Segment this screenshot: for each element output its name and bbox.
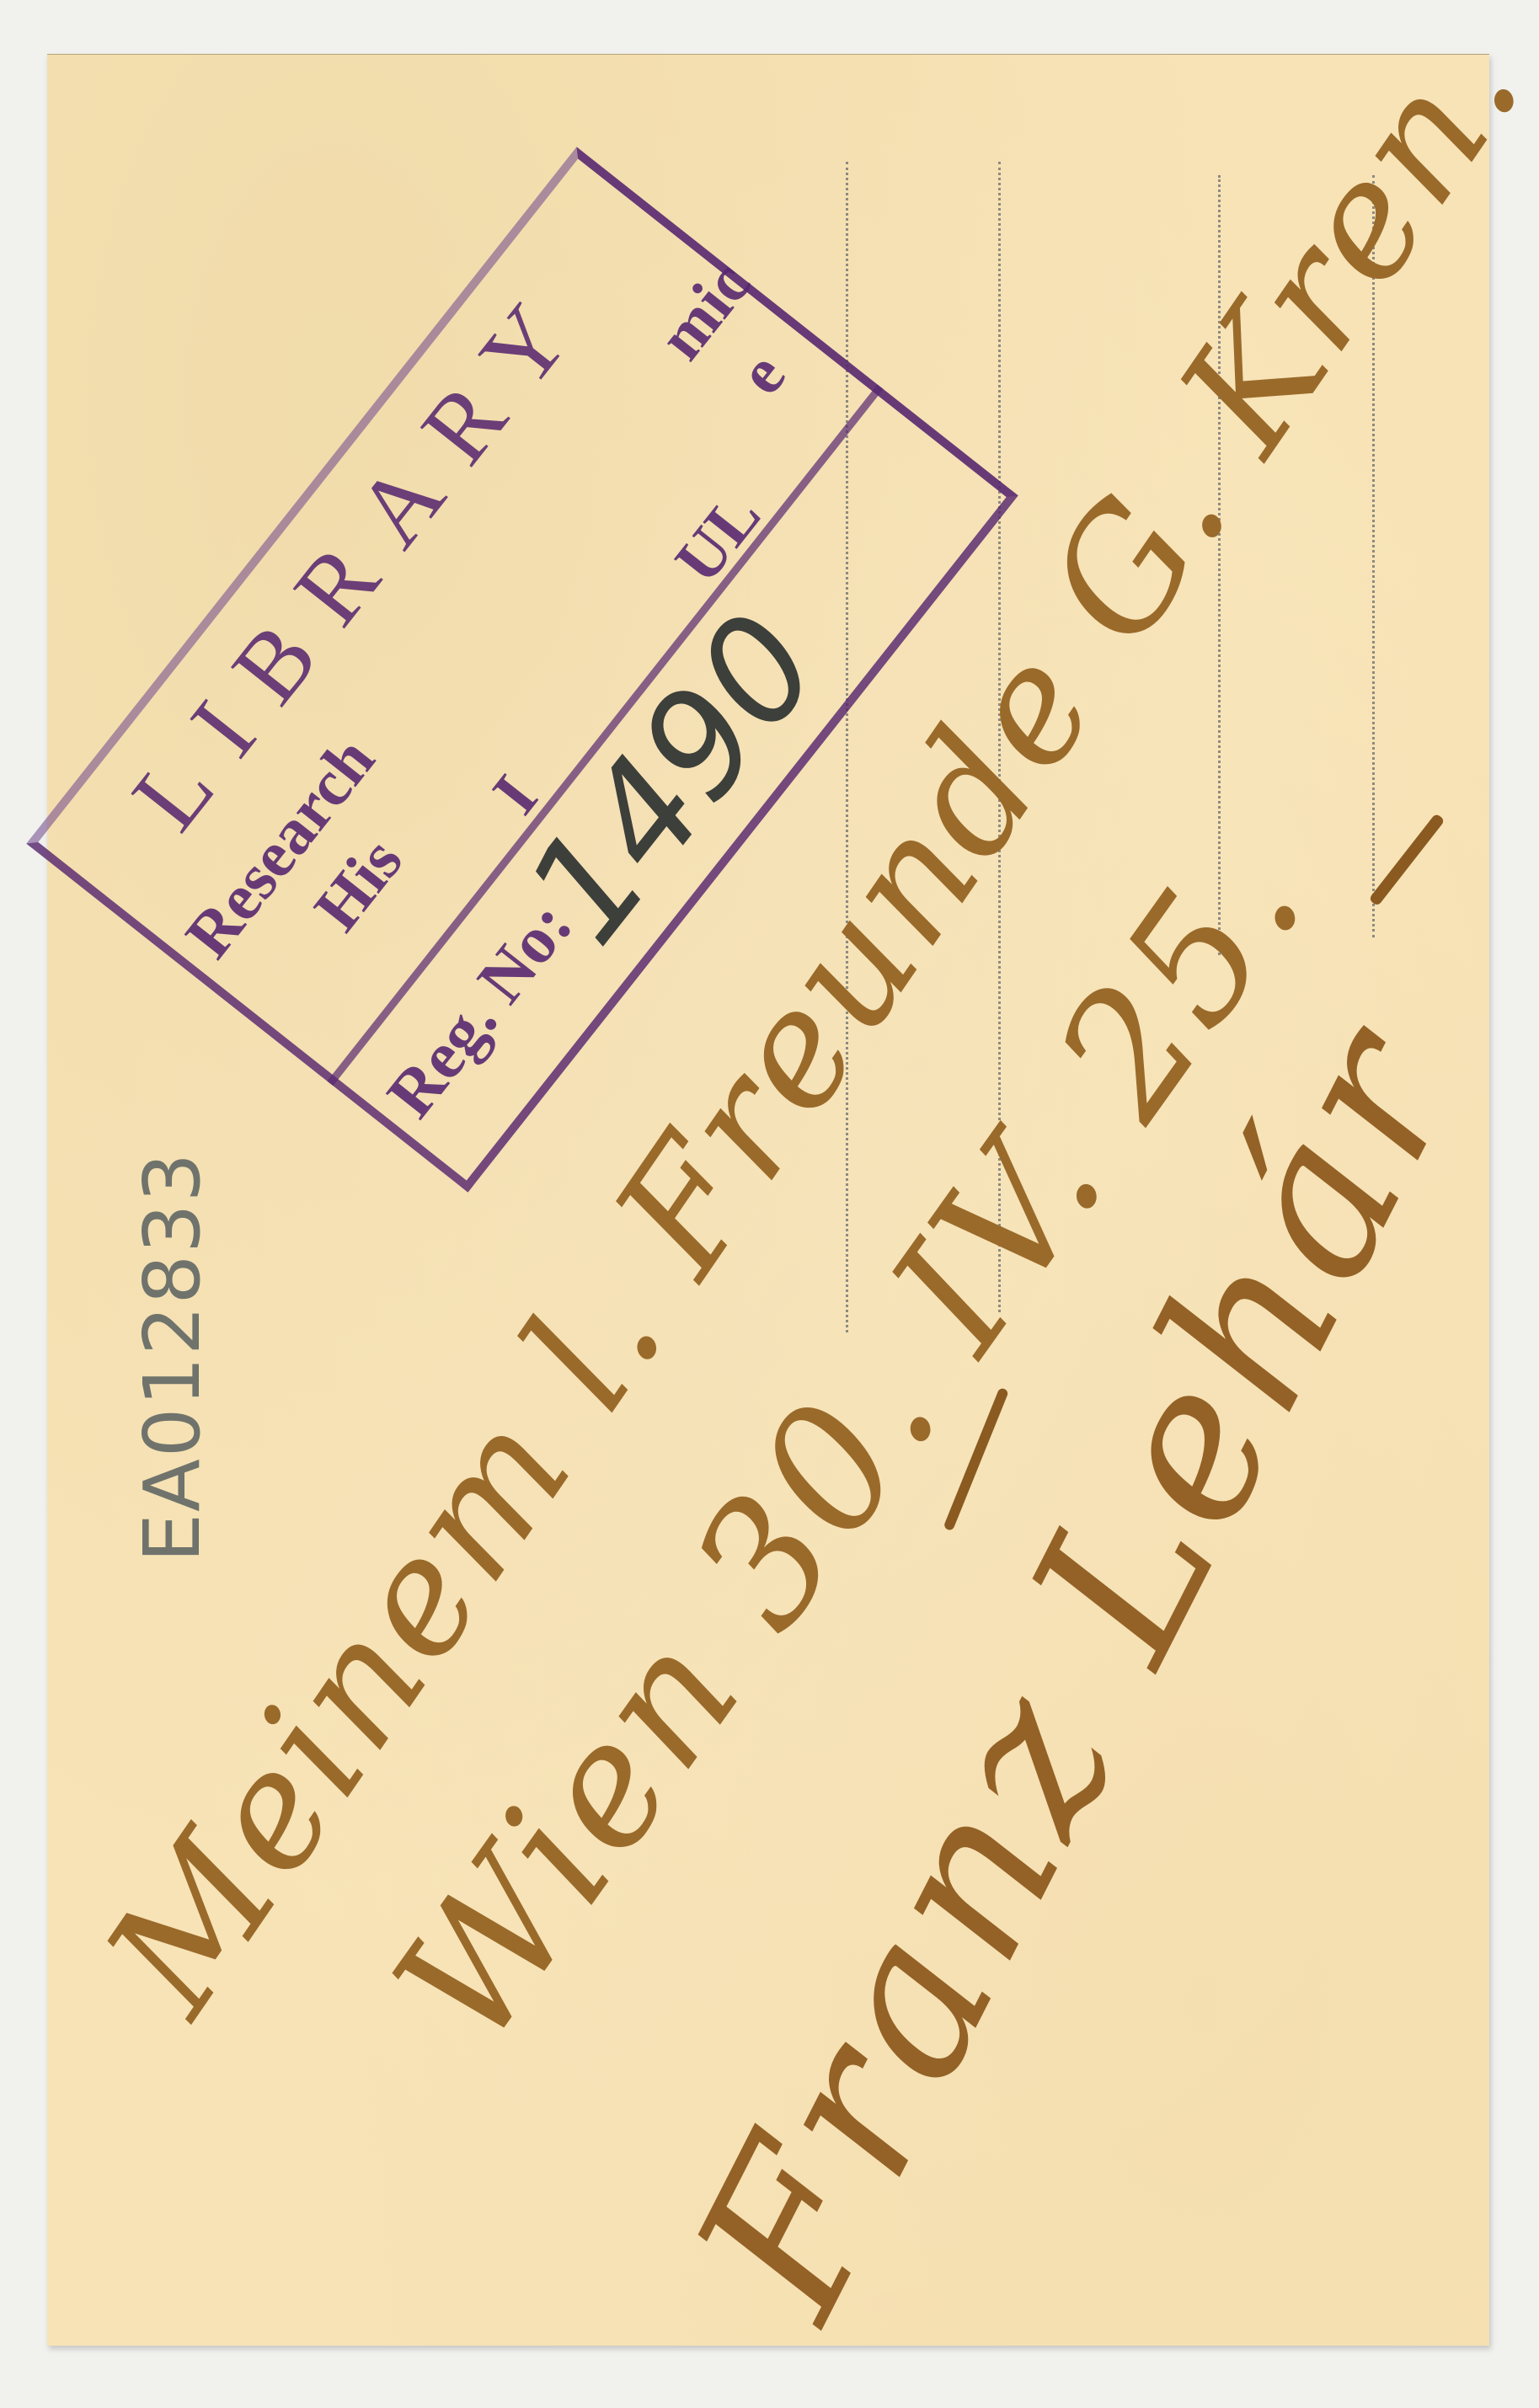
inventory-number: EA012833 [134,1129,211,1584]
address-line-1 [846,162,848,1332]
